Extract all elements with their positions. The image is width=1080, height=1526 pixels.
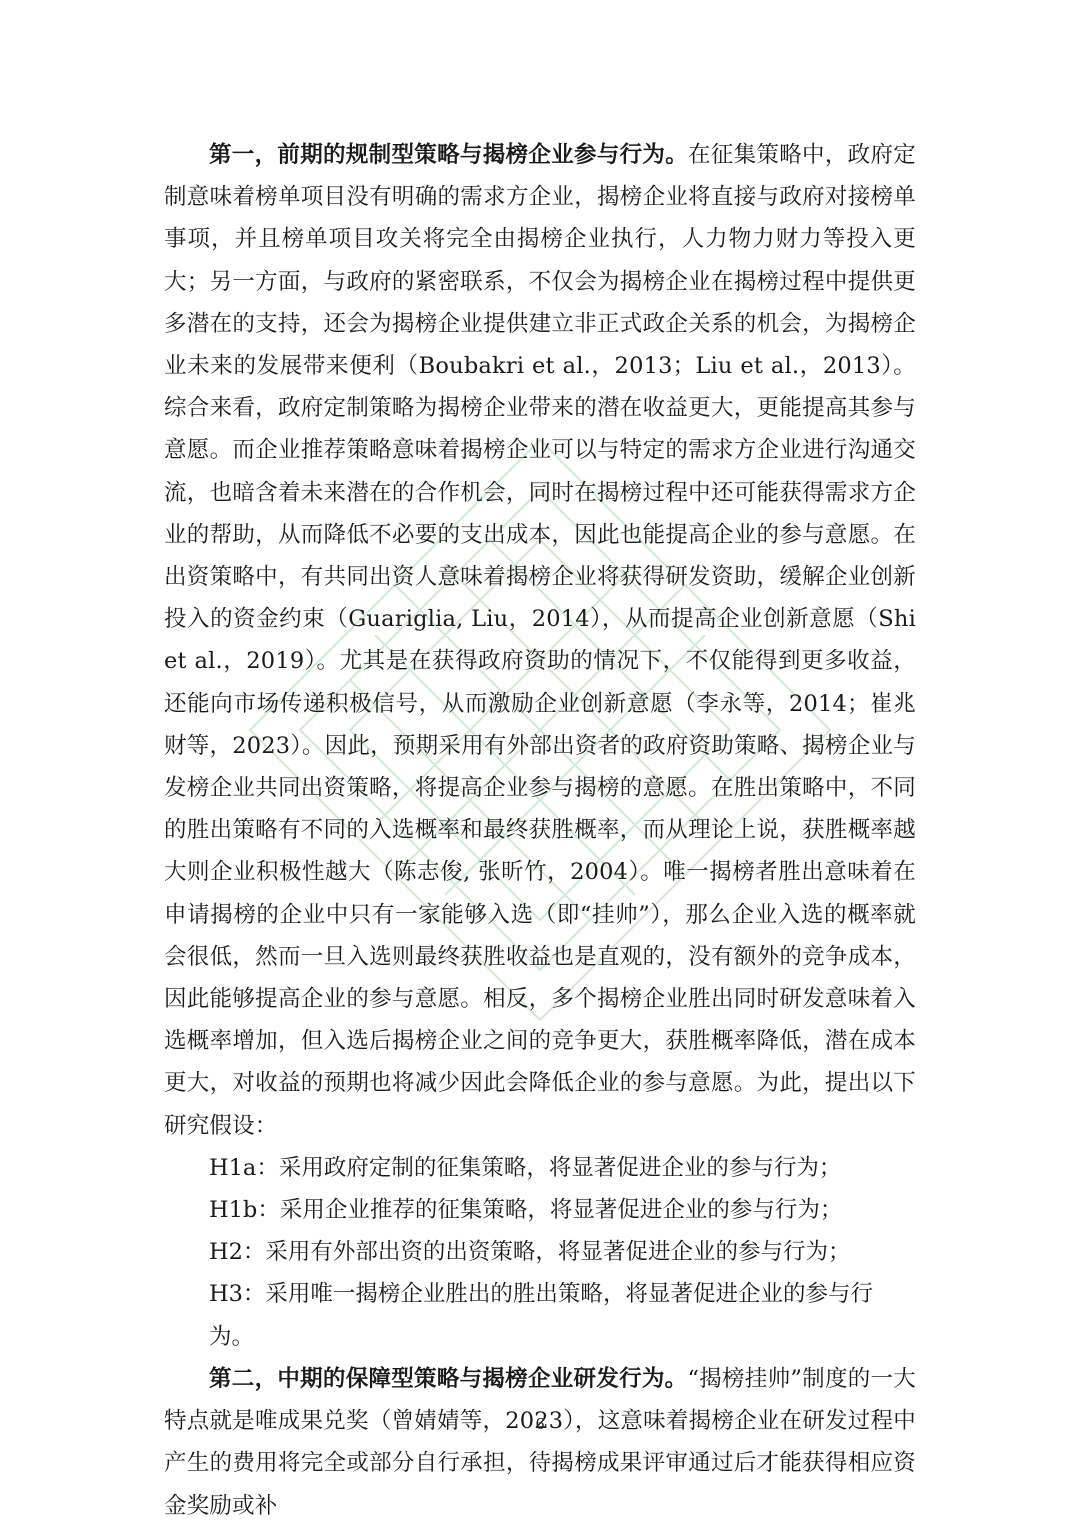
section-2-heading: 第二，中期的保障型策略与揭榜企业研发行为。: [209, 1366, 687, 1392]
hypothesis-h1b: H1b：采用企业推荐的征集策略，将显著促进企业的参与行为；: [164, 1189, 916, 1231]
section-1-text: 在征集策略中，政府定制意味着榜单项目没有明确的需求方企业，揭榜企业将直接与政府对…: [164, 142, 916, 1139]
paragraph-section-2: 第二，中期的保障型策略与揭榜企业研发行为。“揭榜挂帅”制度的一大特点就是唯成果兑…: [164, 1358, 916, 1526]
hypothesis-h1a: H1a：采用政府定制的征集策略，将显著促进企业的参与行为；: [164, 1147, 916, 1189]
section-1-heading: 第一，前期的规制型策略与揭榜企业参与行为。: [209, 142, 688, 168]
document-body: 第一，前期的规制型策略与揭榜企业参与行为。在征集策略中，政府定制意味着榜单项目没…: [164, 134, 916, 1526]
page-number: 6: [0, 1414, 1080, 1434]
document-page: 第一，前期的规制型策略与揭榜企业参与行为。在征集策略中，政府定制意味着榜单项目没…: [0, 0, 1080, 1526]
hypothesis-h3: H3：采用唯一揭榜企业胜出的胜出策略，将显著促进企业的参与行为。: [164, 1273, 916, 1357]
hypothesis-h2: H2：采用有外部出资的出资策略，将显著促进企业的参与行为；: [164, 1231, 916, 1273]
paragraph-section-1: 第一，前期的规制型策略与揭榜企业参与行为。在征集策略中，政府定制意味着榜单项目没…: [164, 134, 916, 1147]
